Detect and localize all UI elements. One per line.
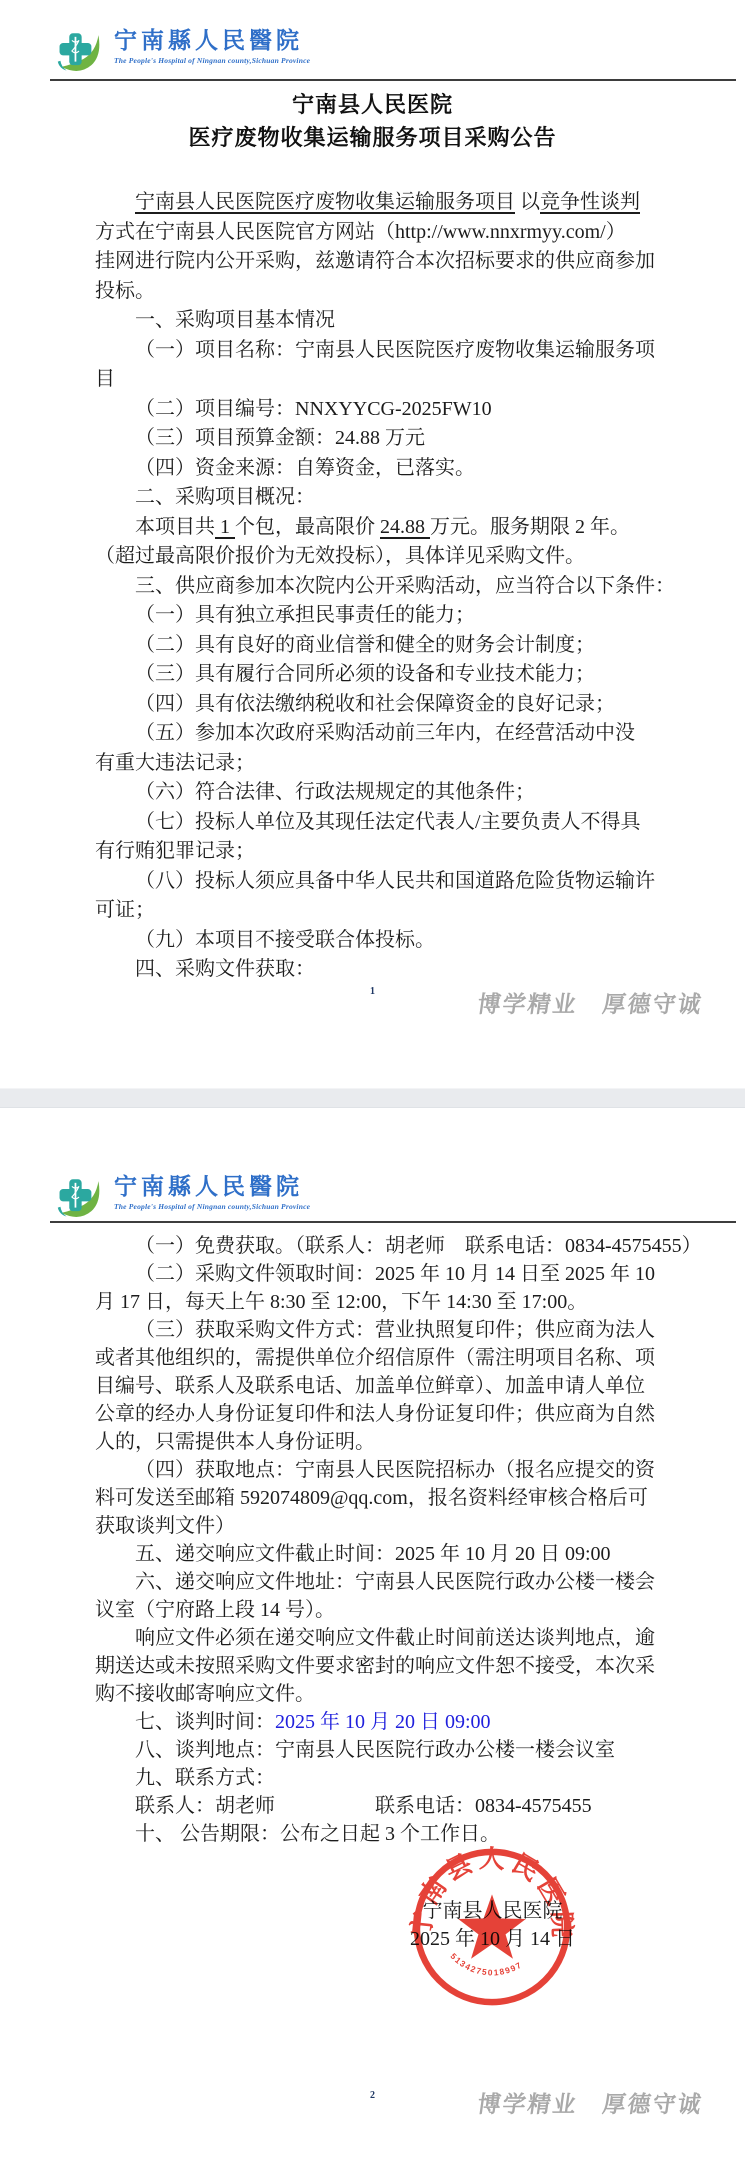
doc-line-segment: 一、采购项目基本情况 [135, 309, 335, 331]
doc-line: 有行贿犯罪记录； [95, 837, 680, 867]
doc-line: （三）具有履行合同所必须的设备和专业技术能力； [95, 660, 680, 690]
doc-line: 八、谈判地点：宁南县人民医院行政办公楼一楼会议室 [95, 1736, 680, 1764]
doc-line-segment: 目 [95, 368, 115, 390]
doc-line-segment: 期送达或未按照采购文件要求密封的响应文件恕不接受，本次采 [95, 1655, 655, 1677]
doc-line: 三、供应商参加本次院内公开采购活动，应当符合以下条件： [95, 572, 680, 602]
doc-body-page2: （一）免费获取。（联系人：胡老师 联系电话：0834-4575455）（二）采购… [95, 1232, 680, 1848]
doc-line: （一）免费获取。（联系人：胡老师 联系电话：0834-4575455） [95, 1232, 680, 1260]
doc-line: 联系人：胡老师 联系电话：0834-4575455 [95, 1792, 680, 1820]
doc-title: 宁南县人民医院 [0, 88, 745, 119]
doc-line-segment: 获取谈判文件） [95, 1515, 235, 1537]
doc-line: 九、联系方式： [95, 1764, 680, 1792]
doc-line: （二）具有良好的商业信誉和健全的财务会计制度； [95, 631, 680, 661]
page-2: 宁南縣人民醫院 The People's Hospital of Ningnan… [0, 1108, 745, 2184]
doc-line-segment: （四）资金来源：自筹资金，已落实。 [135, 457, 475, 479]
footer-motto-watermark: 博学精业 厚德守诚 [476, 986, 711, 1019]
doc-line-segment: 以 [515, 191, 540, 213]
page-1: 宁南縣人民醫院 The People's Hospital of Ningnan… [0, 0, 745, 1088]
doc-line-segment: 公章的经办人身份证复印件和法人身份证复印件；供应商为自然 [95, 1403, 655, 1425]
doc-line-segment: 或者其他组织的，需提供单位介绍信原件（需注明项目名称、项 [95, 1347, 655, 1369]
doc-line-segment: （八）投标人须应具备中华人民共和国道路危险货物运输许 [135, 870, 655, 892]
doc-line-segment: （超过最高限价报价为无效投标），具体详见采购文件。 [95, 545, 585, 567]
doc-line: 宁南县人民医院医疗废物收集运输服务项目 以竞争性谈判 [95, 188, 680, 218]
doc-line: 响应文件必须在递交响应文件截止时间前送达谈判地点，逾 [95, 1624, 680, 1652]
doc-line-segment: （七）投标人单位及其现任法定代表人/主要负责人不得具 [135, 811, 641, 833]
hospital-logo-icon [54, 1174, 104, 1220]
doc-line: （八）投标人须应具备中华人民共和国道路危险货物运输许 [95, 867, 680, 897]
doc-line-segment: 五、递交响应文件截止时间：2025 年 10 月 20 日 09:00 [135, 1543, 611, 1565]
doc-line-segment: 料可发送至邮箱 592074809@qq.com，报名资料经审核合格后可 [95, 1487, 648, 1509]
doc-line-segment: 十、 公告期限：公布之日起 3 个工作日。 [135, 1823, 500, 1845]
hospital-logo-text: 宁南縣人民醫院 [114, 28, 310, 54]
doc-line-segment: （三）获取采购文件方式：营业执照复印件；供应商为法人 [135, 1319, 655, 1341]
doc-line-segment: 响应文件必须在递交响应文件截止时间前送达谈判地点，逾 [135, 1627, 655, 1649]
doc-line-segment: （二）项目编号：NNXYYCG-2025FW10 [135, 398, 492, 420]
doc-line-segment: 投标。 [95, 280, 155, 302]
doc-line-segment: 三、供应商参加本次院内公开采购活动，应当符合以下条件： [135, 575, 675, 597]
doc-line-segment: （二）具有良好的商业信誉和健全的财务会计制度； [135, 634, 595, 656]
doc-line-segment: 六、递交响应文件地址：宁南县人民医院行政办公楼一楼会 [135, 1571, 655, 1593]
doc-line-segment: （九）本项目不接受联合体投标。 [135, 929, 435, 951]
doc-line-segment: 1 [215, 516, 235, 538]
doc-line-segment: （四）获取地点：宁南县人民医院招标办（报名应提交的资 [135, 1459, 655, 1481]
doc-line: （七）投标人单位及其现任法定代表人/主要负责人不得具 [95, 808, 680, 838]
hospital-logo: 宁南縣人民醫院 The People's Hospital of Ningnan… [54, 1174, 310, 1220]
doc-line-segment: （三）具有履行合同所必须的设备和专业技术能力； [135, 663, 595, 685]
doc-line: （一）具有独立承担民事责任的能力； [95, 601, 680, 631]
doc-line: 目 [95, 365, 680, 395]
doc-line-segment: 方式在宁南县人民医院官方网站（http://www.nnxrmyy.com/） [95, 221, 626, 243]
doc-line: 购不接收邮寄响应文件。 [95, 1680, 680, 1708]
doc-body-page1: 宁南县人民医院医疗废物收集运输服务项目 以竞争性谈判方式在宁南县人民医院官方网站… [95, 188, 680, 985]
doc-line: 人的，只需提供本人身份证明。 [95, 1428, 680, 1456]
doc-line: （四）资金来源：自筹资金，已落实。 [95, 454, 680, 484]
doc-line-segment: 24.88 [380, 516, 430, 538]
doc-line-segment: 挂网进行院内公开采购，兹邀请符合本次招标要求的供应商参加 [95, 250, 655, 272]
document: 宁南縣人民醫院 The People's Hospital of Ningnan… [0, 0, 745, 2184]
doc-line-segment: （一）免费获取。（联系人：胡老师 联系电话：0834-4575455） [135, 1235, 702, 1257]
doc-line: 本项目共 1 个包，最高限价 24.88 万元。服务期限 2 年。 [95, 513, 680, 543]
doc-line-segment: 宁南县人民医院医疗废物收集运输服务项目 [135, 191, 515, 213]
doc-line: 六、递交响应文件地址：宁南县人民医院行政办公楼一楼会 [95, 1568, 680, 1596]
doc-line: 议室（宁府路上段 14 号）。 [95, 1596, 680, 1624]
doc-line: （五）参加本次政府采购活动前三年内，在经营活动中没 [95, 719, 680, 749]
doc-line-segment: 万元。服务期限 2 年。 [430, 516, 630, 538]
seal-star-icon [458, 1894, 526, 1958]
header-rule [50, 79, 736, 81]
hospital-logo-subtitle: The People's Hospital of Ningnan county,… [114, 56, 310, 65]
doc-line: （三）获取采购文件方式：营业执照复印件；供应商为法人 [95, 1316, 680, 1344]
seal-serial-number: 5134275018997 [449, 1951, 524, 1977]
doc-line: （六）符合法律、行政法规规定的其他条件； [95, 778, 680, 808]
hospital-logo-text: 宁南縣人民醫院 [114, 1174, 310, 1200]
doc-line-segment: 四、采购文件获取： [135, 958, 315, 980]
doc-line: 五、递交响应文件截止时间：2025 年 10 月 20 日 09:00 [95, 1540, 680, 1568]
doc-line: 可证； [95, 896, 680, 926]
hospital-logo-icon [54, 28, 104, 74]
doc-line-segment: 购不接收邮寄响应文件。 [95, 1683, 315, 1705]
doc-line: （一）项目名称：宁南县人民医院医疗废物收集运输服务项 [95, 336, 680, 366]
doc-line: （超过最高限价报价为无效投标），具体详见采购文件。 [95, 542, 680, 572]
official-seal: 宁南县人民医院 5134275018997 [408, 1843, 576, 2011]
doc-line-segment: 七、谈判时间： [135, 1711, 275, 1733]
doc-line-segment: （一）具有独立承担民事责任的能力； [135, 604, 475, 626]
doc-line: 挂网进行院内公开采购，兹邀请符合本次招标要求的供应商参加 [95, 247, 680, 277]
doc-line: （九）本项目不接受联合体投标。 [95, 926, 680, 956]
doc-line-segment: （二）采购文件领取时间：2025 年 10 月 14 日至 2025 年 10 [135, 1263, 655, 1285]
doc-line-segment: （五）参加本次政府采购活动前三年内，在经营活动中没 [135, 722, 635, 744]
doc-line-segment: 个包，最高限价 [235, 516, 380, 538]
hospital-logo: 宁南縣人民醫院 The People's Hospital of Ningnan… [54, 28, 310, 74]
doc-line-segment: 有行贿犯罪记录； [95, 840, 255, 862]
doc-line: 公章的经办人身份证复印件和法人身份证复印件；供应商为自然 [95, 1400, 680, 1428]
doc-line: 料可发送至邮箱 592074809@qq.com，报名资料经审核合格后可 [95, 1484, 680, 1512]
doc-line: （三）项目预算金额：24.88 万元 [95, 424, 680, 454]
doc-line: （四）获取地点：宁南县人民医院招标办（报名应提交的资 [95, 1456, 680, 1484]
doc-line: 四、采购文件获取： [95, 955, 680, 985]
doc-line: 月 17 日，每天上午 8:30 至 12:00，下午 14:30 至 17:0… [95, 1288, 680, 1316]
doc-line-segment: 联系人：胡老师 联系电话：0834-4575455 [135, 1795, 592, 1817]
doc-line-segment: 九、联系方式： [135, 1767, 275, 1789]
doc-line: 十、 公告期限：公布之日起 3 个工作日。 [95, 1820, 680, 1848]
doc-line-segment: 可证； [95, 899, 155, 921]
doc-line: 有重大违法记录； [95, 749, 680, 779]
doc-line: 方式在宁南县人民医院官方网站（http://www.nnxrmyy.com/） [95, 218, 680, 248]
doc-line: 投标。 [95, 277, 680, 307]
doc-line-segment: （三）项目预算金额：24.88 万元 [135, 427, 425, 449]
svg-text:5134275018997: 5134275018997 [449, 1951, 524, 1977]
doc-line: 一、采购项目基本情况 [95, 306, 680, 336]
doc-line: 七、谈判时间：2025 年 10 月 20 日 09:00 [95, 1708, 680, 1736]
header-rule [50, 1221, 736, 1223]
doc-line: （二）项目编号：NNXYYCG-2025FW10 [95, 395, 680, 425]
doc-line-segment: 目编号、联系人及联系电话、加盖单位鲜章）、加盖申请人单位 [95, 1375, 645, 1397]
doc-subtitle: 医疗废物收集运输服务项目采购公告 [0, 121, 745, 152]
doc-line-segment: 月 17 日，每天上午 8:30 至 12:00，下午 14:30 至 17:0… [95, 1291, 587, 1313]
page-separator [0, 1088, 745, 1108]
doc-line-segment: 有重大违法记录； [95, 752, 255, 774]
doc-line: 二、采购项目概况： [95, 483, 680, 513]
doc-line-segment: （一）项目名称：宁南县人民医院医疗废物收集运输服务项 [135, 339, 655, 361]
doc-line-segment: 二、采购项目概况： [135, 486, 315, 508]
doc-line-segment: 议室（宁府路上段 14 号）。 [95, 1599, 335, 1621]
doc-line: 或者其他组织的，需提供单位介绍信原件（需注明项目名称、项 [95, 1344, 680, 1372]
doc-line: 期送达或未按照采购文件要求密封的响应文件恕不接受，本次采 [95, 1652, 680, 1680]
footer-motto-watermark: 博学精业 厚德守诚 [476, 2086, 711, 2119]
doc-line-segment: 八、谈判地点：宁南县人民医院行政办公楼一楼会议室 [135, 1739, 615, 1761]
doc-line-segment: （四）具有依法缴纳税收和社会保障资金的良好记录； [135, 693, 615, 715]
doc-line: 获取谈判文件） [95, 1512, 680, 1540]
doc-line: （二）采购文件领取时间：2025 年 10 月 14 日至 2025 年 10 [95, 1260, 680, 1288]
doc-line-segment: 人的，只需提供本人身份证明。 [95, 1431, 375, 1453]
hospital-logo-subtitle: The People's Hospital of Ningnan county,… [114, 1202, 310, 1211]
doc-line-segment: 竞争性谈判 [540, 191, 640, 213]
doc-line-segment: 本项目共 [135, 516, 215, 538]
doc-line: （四）具有依法缴纳税收和社会保障资金的良好记录； [95, 690, 680, 720]
doc-line: 目编号、联系人及联系电话、加盖单位鲜章）、加盖申请人单位 [95, 1372, 680, 1400]
doc-line-segment: （六）符合法律、行政法规规定的其他条件； [135, 781, 535, 803]
doc-line-segment: 2025 年 10 月 20 日 09:00 [275, 1711, 491, 1733]
